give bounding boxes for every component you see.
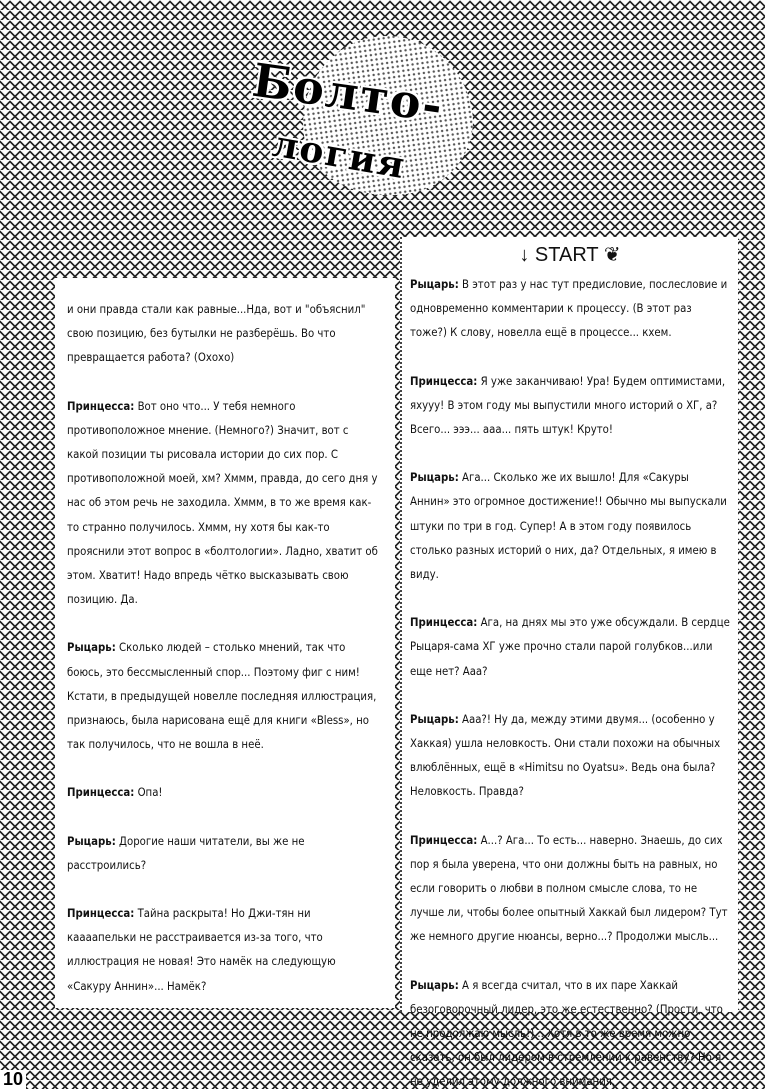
speaker-label: Принцесса: (67, 400, 134, 413)
paragraph: Принцесса: Опа! (67, 781, 381, 805)
paragraph-text: А я всегда считал, что в их паре Хаккай … (410, 979, 723, 1089)
paragraph: Рыцарь: В этот раз у нас тут предисловие… (410, 273, 730, 346)
paragraph-text: Вот оно что... У тебя немного противопол… (67, 400, 378, 607)
paragraph: Рыцарь: Ааа?! Ну да, между этими двумя..… (410, 708, 730, 805)
page-number: 10 (0, 1070, 26, 1089)
speaker-label: Принцесса: (410, 616, 477, 629)
paragraph: Принцесса: А...? Ага... То есть... навер… (410, 829, 730, 950)
speaker-label: Принцесса: (410, 834, 477, 847)
paragraph-text: и они правда стали как равные...Нда, вот… (67, 303, 365, 364)
speaker-label: Рыцарь: (410, 278, 459, 291)
speaker-label: Рыцарь: (410, 713, 459, 726)
speaker-label: Рыцарь: (410, 471, 459, 484)
paragraph: Принцесса: Ага, на днях мы это уже обсуж… (410, 611, 730, 684)
paragraph: Принцесса: Я уже заканчиваю! Ура! Будем … (410, 370, 730, 443)
paragraph: Принцесса: Тайна раскрыта! Но Джи-тян ни… (67, 902, 381, 999)
speaker-label: Рыцарь: (410, 979, 459, 992)
speaker-label: Принцесса: (67, 907, 134, 920)
paragraph-text: Сколько людей – столько мнений, так что … (67, 641, 376, 751)
speaker-label: Рыцарь: (67, 641, 116, 654)
start-heading: ↓ START ❦ (410, 237, 730, 273)
paragraph: Рыцарь: Ага... Сколько же их вышло! Для … (410, 466, 730, 587)
paragraph: Рыцарь: Дорогие наши читатели, вы же не … (67, 830, 381, 878)
left-text-panel: и они правда стали как равные...Нда, вот… (55, 278, 395, 1008)
paragraph-text: Опа! (138, 786, 163, 799)
right-text-panel: ↓ START ❦ Рыцарь: В этот раз у нас тут п… (400, 237, 738, 1012)
paragraph: Рыцарь: Сколько людей – столько мнений, … (67, 636, 381, 757)
paragraph-text: Ага... Сколько же их вышло! Для «Сакуры … (410, 471, 727, 581)
paragraph: Принцесса: Вот оно что... У тебя немного… (67, 395, 381, 613)
paragraph: Рыцарь: А я всегда считал, что в их паре… (410, 974, 730, 1089)
paragraph: и они правда стали как равные...Нда, вот… (67, 298, 381, 371)
speaker-label: Принцесса: (410, 375, 477, 388)
speaker-label: Рыцарь: (67, 835, 116, 848)
paragraph-text: А...? Ага... То есть... наверно. Знаешь,… (410, 834, 728, 944)
speaker-label: Принцесса: (67, 786, 134, 799)
title-graphic: Болто- логия (232, 36, 472, 211)
